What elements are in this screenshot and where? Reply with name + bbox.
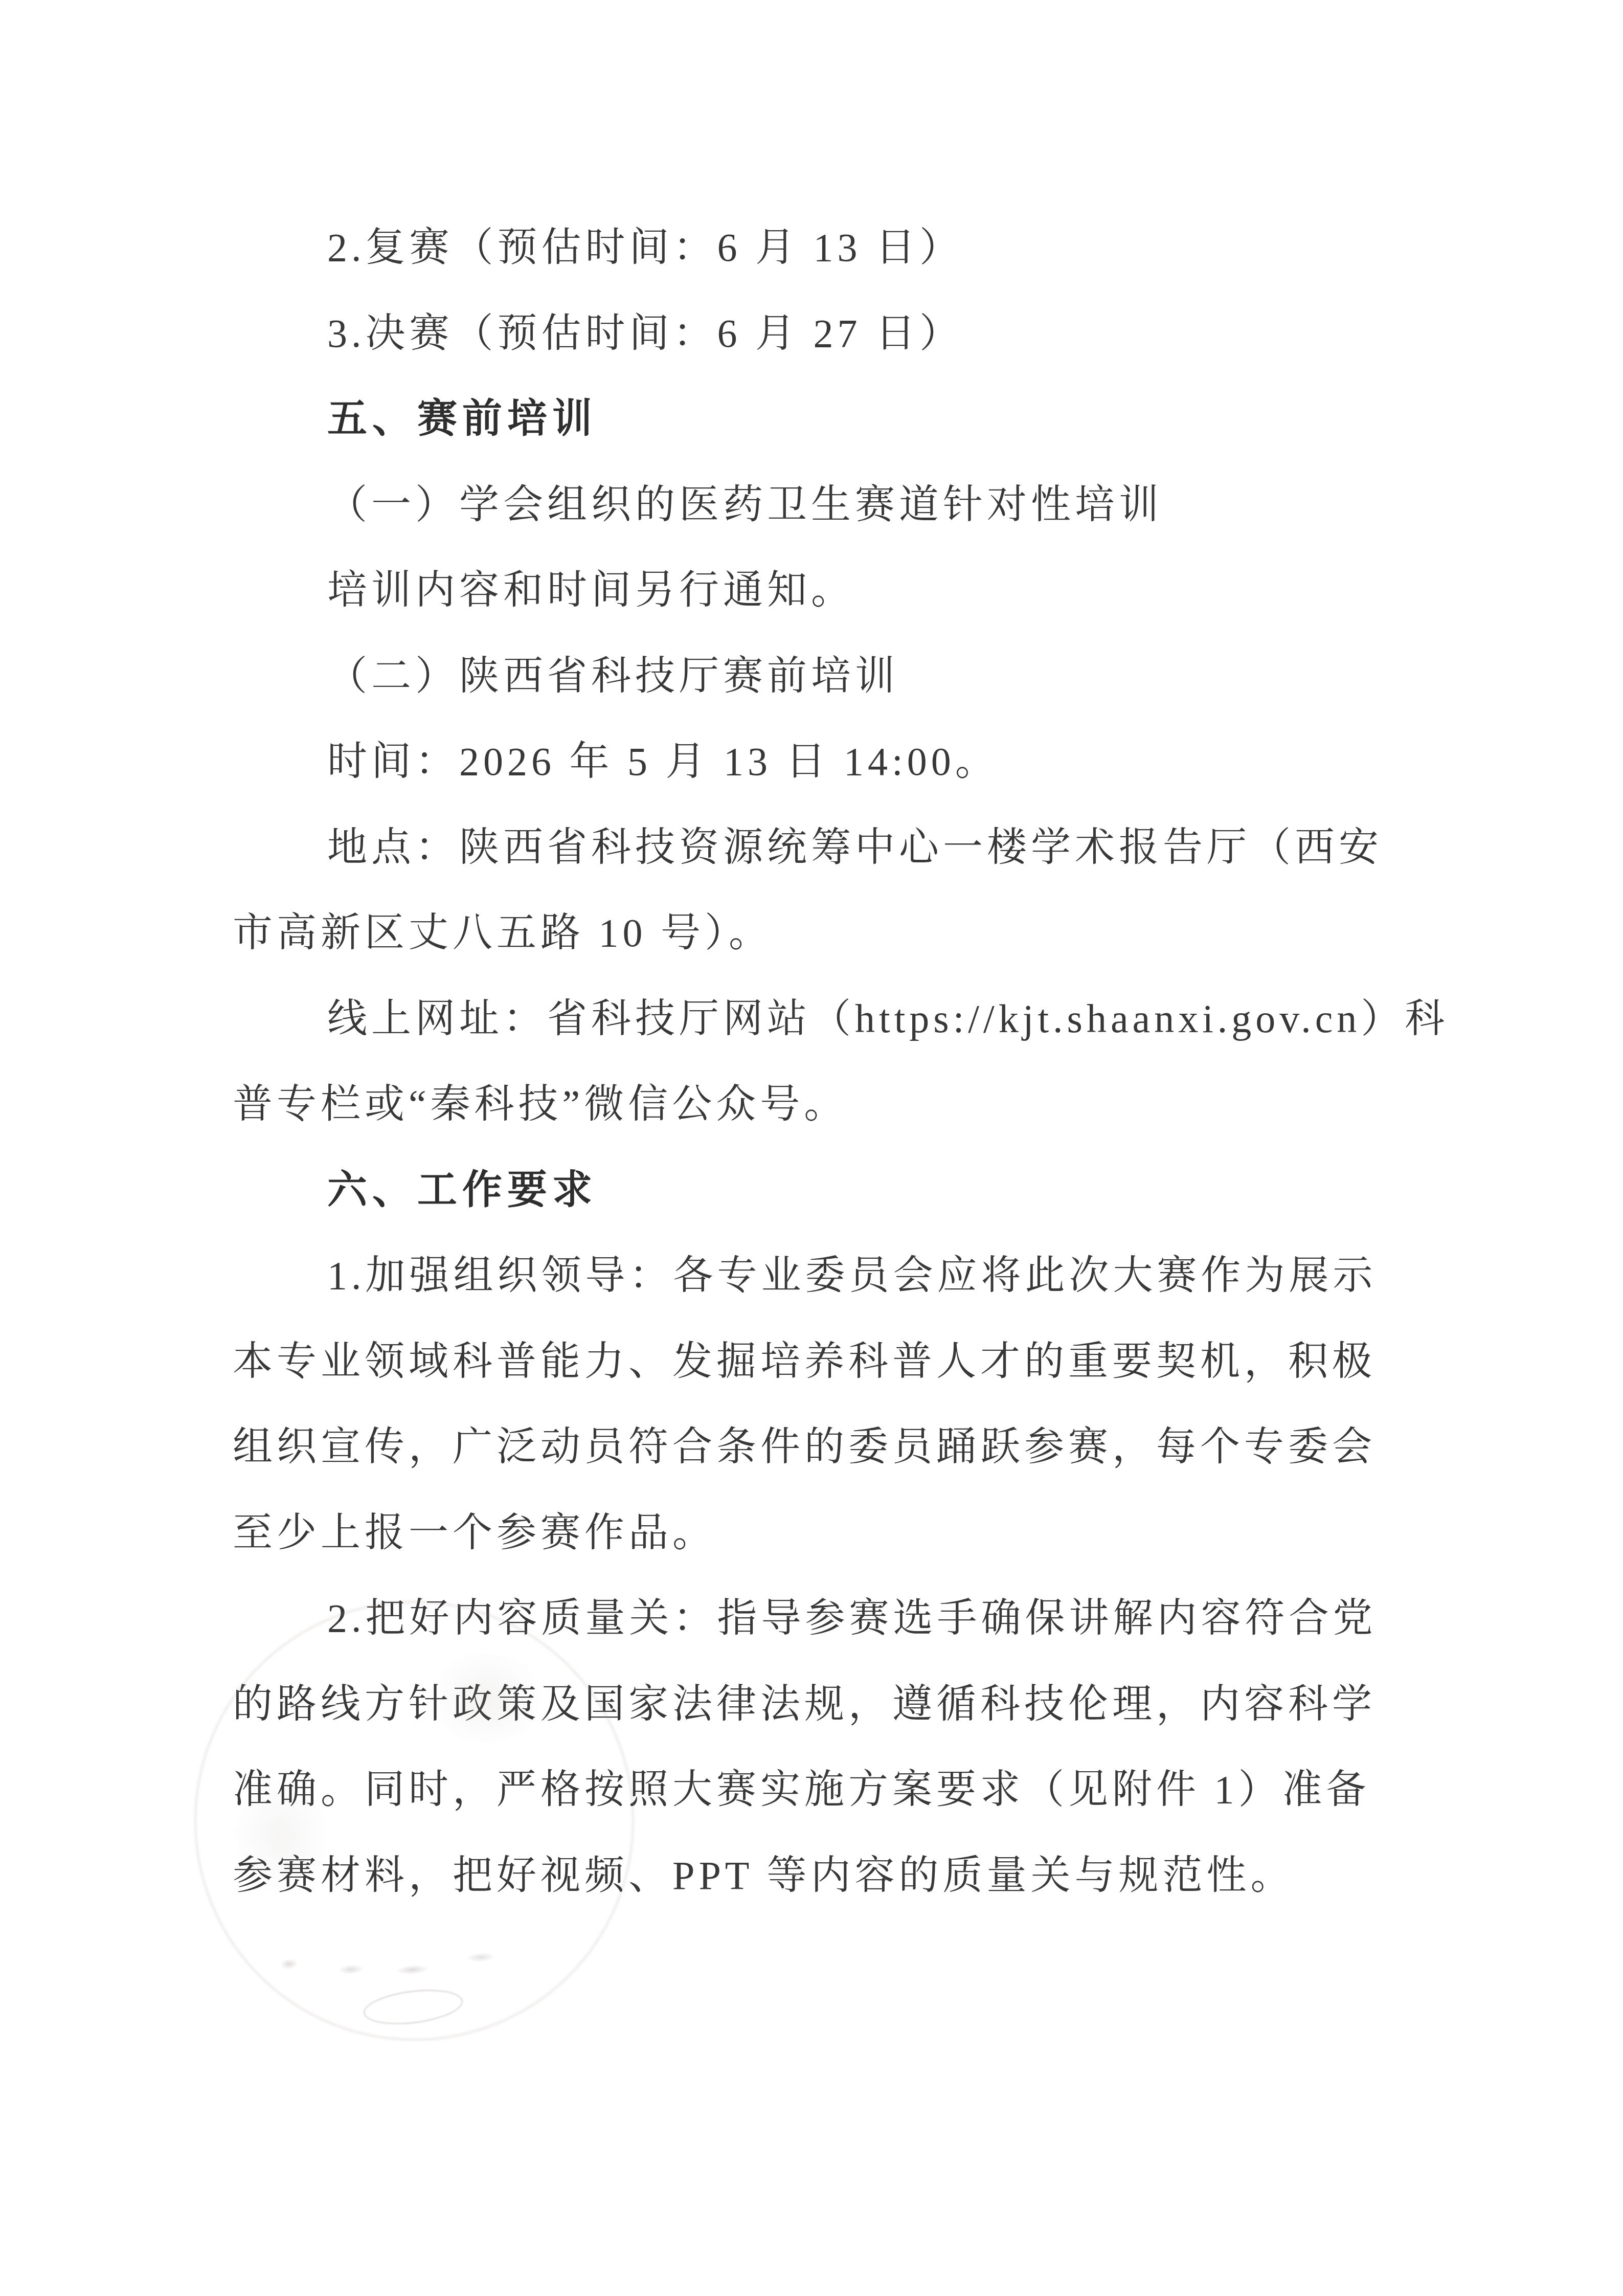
line-online-url-2: 普专栏或“秦科技”微信公众号。 [233,1061,1383,1147]
stamp-inner-ellipse [362,1985,465,2029]
line-requirement-1b: 本专业领域科普能力、发掘培养科普人才的重要契机，积极 [233,1319,1383,1405]
line-training-time: 时间：2026 年 5 月 13 日 14:00。 [233,719,1383,805]
line-requirement-1d: 至少上报一个参赛作品。 [233,1490,1383,1576]
line-requirement-1a: 1.加强组织领导：各专业委员会应将此次大赛作为展示 [233,1233,1383,1319]
line-training-notice: 培训内容和时间另行通知。 [233,547,1383,633]
line-society-training-title: （一）学会组织的医药卫生赛道针对性培训 [233,462,1383,548]
line-round3-schedule: 3.决赛（预估时间：6 月 27 日） [233,291,1383,376]
line-requirement-2d: 参赛材料，把好视频、PPT 等内容的质量关与规范性。 [233,1833,1383,1919]
document-text-block: 2.复赛（预估时间：6 月 13 日） 3.决赛（预估时间：6 月 27 日） … [233,205,1383,1918]
line-requirement-2c: 准确。同时，严格按照大赛实施方案要求（见附件 1）准备 [233,1747,1383,1833]
line-online-url-1: 线上网址：省科技厅网站（https://kjt.shaanxi.gov.cn）科 [233,976,1383,1062]
line-round2-schedule: 2.复赛（预估时间：6 月 13 日） [233,205,1383,291]
scanned-document-page: 2.复赛（预估时间：6 月 13 日） 3.决赛（预估时间：6 月 27 日） … [0,0,1623,2296]
line-training-location-1: 地点：陕西省科技资源统筹中心一楼学术报告厅（西安 [233,805,1383,890]
line-provincial-training-title: （二）陕西省科技厅赛前培训 [233,633,1383,719]
line-training-location-2: 市高新区丈八五路 10 号）。 [233,890,1383,976]
stamp-arc-text-marks [254,1919,544,2000]
line-requirement-2a: 2.把好内容质量关：指导参赛选手确保讲解内容符合党 [233,1575,1383,1661]
line-requirement-1c: 组织宣传，广泛动员符合条件的委员踊跃参赛，每个专委会 [233,1404,1383,1490]
heading-section5-pretraining: 五、赛前培训 [233,376,1383,462]
line-requirement-2b: 的路线方针政策及国家法律法规，遵循科技伦理，内容科学 [233,1661,1383,1747]
heading-section6-work-requirements: 六、工作要求 [233,1147,1383,1233]
